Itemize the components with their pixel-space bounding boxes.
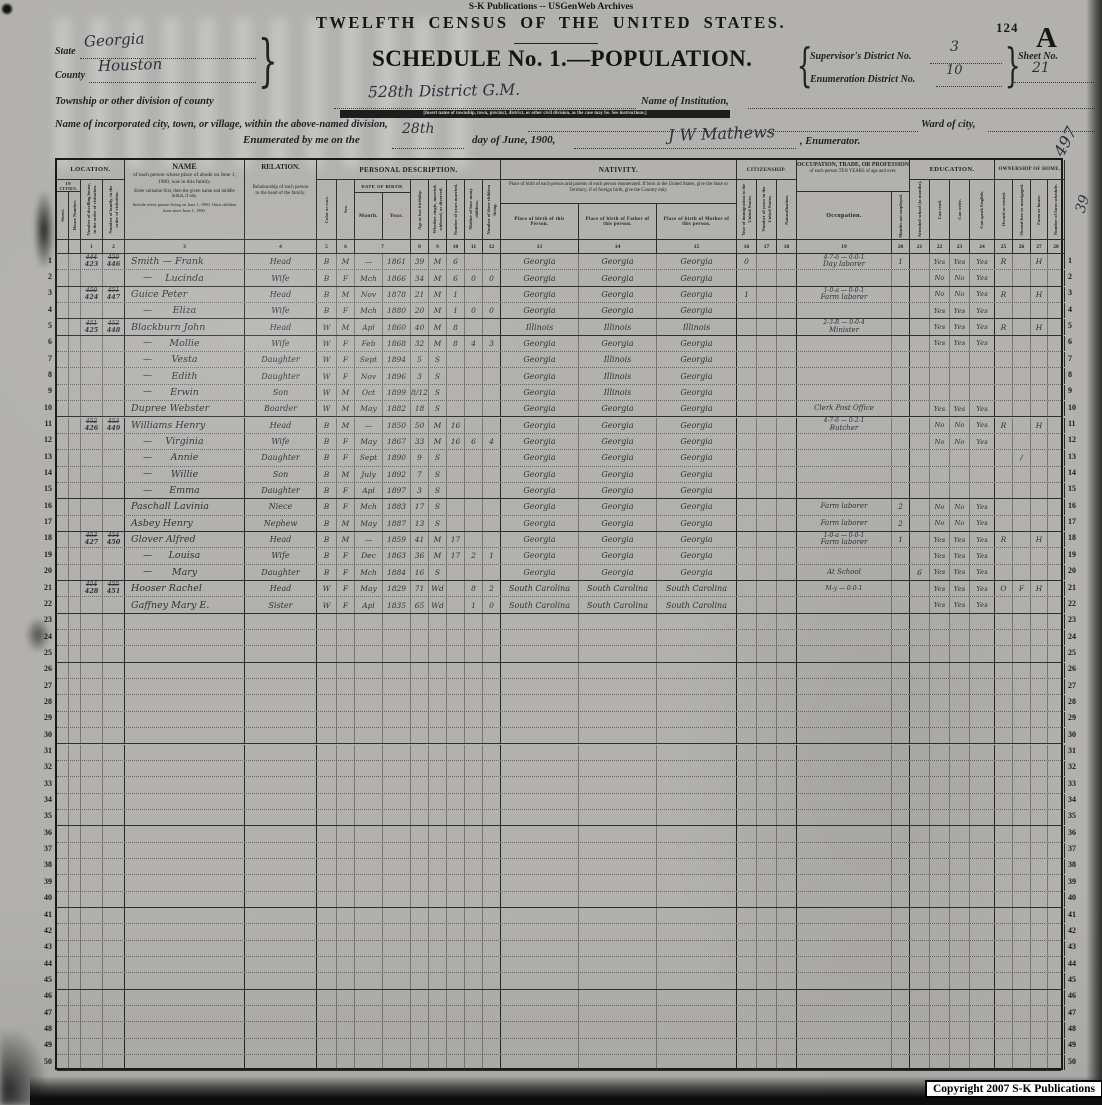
col-label-eng: Can speak English.: [970, 180, 995, 240]
cell-school: [910, 810, 930, 825]
corrected-number: 447: [107, 294, 121, 301]
cell-pob: [501, 957, 579, 972]
cell-street: [57, 401, 69, 416]
cell-read: [930, 614, 950, 629]
cell-imm: [737, 418, 757, 433]
cell-yrsus: [757, 368, 777, 383]
cell-pobm: [657, 859, 737, 874]
cell-fam: [103, 368, 125, 383]
cell-own: [995, 777, 1013, 792]
row-number: 38: [38, 860, 52, 869]
cell-house: [69, 990, 81, 1005]
cell-value: No: [934, 274, 944, 282]
cell-value: M: [434, 421, 442, 430]
cell-value: Georgia: [601, 306, 633, 315]
cell-yrsus: [757, 303, 777, 318]
cell-value: M: [342, 323, 350, 332]
given-name: Willie: [171, 469, 198, 480]
cell-value: Georgia: [680, 388, 712, 397]
cell-read: Yes: [930, 597, 950, 612]
cell-value: Yes: [934, 258, 945, 266]
cell-mortg: [1013, 892, 1031, 907]
table-row: — MaryDaughterBFMch188416SGeorgiaGeorgia…: [57, 565, 1061, 581]
cell-value: W: [323, 388, 331, 397]
cell-year: [383, 646, 411, 661]
cell-own: [995, 434, 1013, 449]
cell-house: [69, 1022, 81, 1037]
cell-living: [483, 254, 501, 269]
cell-imm: [737, 565, 757, 580]
cell-living: [483, 892, 501, 907]
table-row: 452 426 453 449Williams HenryHeadBM—1850…: [57, 418, 1061, 434]
row-number: 39: [38, 877, 52, 886]
cell-imm: [737, 368, 757, 383]
state-value: Georgia: [84, 29, 145, 50]
cell-pobf: Georgia: [579, 483, 657, 498]
cell-sex: [337, 695, 355, 710]
cell-value: 8/12: [411, 388, 428, 397]
cell-value: H: [1036, 290, 1043, 299]
cell-year: [383, 1055, 411, 1070]
county-value: Houston: [98, 55, 163, 75]
cell-mar: S: [429, 499, 447, 514]
cell-pobm: [657, 712, 737, 727]
cell-name: [125, 973, 245, 988]
col-label-text: Naturalization.: [784, 195, 790, 225]
cell-imm: [737, 794, 757, 809]
cell-sched: [1048, 565, 1065, 580]
cell-mortg: [1013, 679, 1031, 694]
cell-own: [995, 810, 1013, 825]
cell-sched: [1048, 270, 1065, 285]
cell-occ: [797, 385, 892, 400]
cell-sex: F: [337, 565, 355, 580]
cell-house: [69, 728, 81, 743]
cell-pobf: Illinois: [579, 368, 657, 383]
cell-occ: [797, 368, 892, 383]
cell-value: 1896: [387, 372, 406, 381]
col-number-street: [57, 240, 69, 254]
cell-name: [125, 859, 245, 874]
cell-write: [950, 467, 970, 482]
cell-value: F: [343, 274, 348, 283]
cell-rel: Daughter: [245, 565, 317, 580]
col-label-text: Can speak English.: [979, 191, 985, 229]
cell-value: 16: [451, 437, 461, 446]
cell-value: South Carolina: [509, 584, 570, 593]
given-name: Louisa: [169, 550, 201, 561]
cell-color: [317, 908, 337, 923]
cell-name: [125, 1022, 245, 1037]
cell-value: M: [434, 274, 442, 283]
cell-school: [910, 826, 930, 841]
col-label-dw: Number of dwelling house, in the order o…: [81, 180, 103, 240]
census-title: TWELFTH CENSUS OF THE UNITED STATES.: [0, 13, 1102, 33]
cell-school: [910, 270, 930, 285]
cell-eng: [970, 1039, 995, 1054]
cell-yrsm: [447, 1006, 465, 1021]
cell-school: [910, 1039, 930, 1054]
cell-dw: [81, 892, 103, 907]
cell-own: [995, 794, 1013, 809]
cell-pobm: [657, 1006, 737, 1021]
cell-read: [930, 843, 950, 858]
cell-mother: 0: [465, 270, 483, 285]
cell-pob: [501, 810, 579, 825]
cell-own: [995, 843, 1013, 858]
cell-sched: [1048, 1055, 1065, 1070]
cell-nat: [777, 941, 797, 956]
cell-value: Wd: [431, 584, 444, 593]
occupation-desc: of each person TEN YEARS of age and over…: [797, 169, 909, 175]
cell-street: [57, 614, 69, 629]
cell-value: B: [324, 274, 330, 283]
cell-imm: 1: [737, 287, 757, 302]
cell-color: [317, 941, 337, 956]
cell-value: 0: [471, 274, 476, 283]
cell-value: 16: [451, 421, 461, 430]
cell-sched: [1048, 548, 1065, 563]
cell-month: —: [355, 254, 383, 269]
cell-school: [910, 418, 930, 433]
table-row: [57, 859, 1061, 875]
cell-house: [69, 434, 81, 449]
given-name: Edith: [172, 371, 198, 382]
enumeration-district-label: Enumeration District No.: [810, 74, 915, 85]
cell-living: [483, 1039, 501, 1054]
cell-mortg: [1013, 728, 1031, 743]
cell-value: Georgia: [601, 470, 633, 479]
cell-fam: [103, 761, 125, 776]
cell-street: [57, 794, 69, 809]
cell-mortg: [1013, 794, 1031, 809]
cell-read: No: [930, 434, 950, 449]
cell-yrsus: [757, 336, 777, 351]
copyright-notice: Copyright 2007 S-K Publications: [925, 1080, 1102, 1098]
cell-year: 1882: [383, 401, 411, 416]
cell-year: [383, 663, 411, 678]
cell-name: [125, 892, 245, 907]
cell-value: Georgia: [523, 551, 555, 560]
cell-imm: [737, 336, 757, 351]
cell-pobm: [657, 924, 737, 939]
cell-yrsus: [757, 875, 777, 890]
cell-dw: 453 427: [81, 532, 103, 547]
cell-mne: 2: [892, 516, 910, 531]
cell-read: Yes: [930, 319, 950, 334]
cell-living: [483, 1022, 501, 1037]
cell-month: Apl: [355, 483, 383, 498]
cell-mortg: [1013, 270, 1031, 285]
cell-eng: [970, 483, 995, 498]
row-number: 45: [1068, 975, 1086, 984]
cell-eng: Yes: [970, 270, 995, 285]
cell-value: 16: [415, 568, 425, 577]
cell-sched: [1048, 826, 1065, 841]
cell-yrsm: [447, 401, 465, 416]
cell-mar: [429, 843, 447, 858]
cell-value: M: [342, 257, 350, 266]
cell-nat: [777, 483, 797, 498]
cell-rel: [245, 859, 317, 874]
cell-occ: [797, 859, 892, 874]
cell-value: 1890: [387, 453, 406, 462]
cell-living: [483, 1055, 501, 1070]
cell-sched: [1048, 630, 1065, 645]
cell-living: [483, 679, 501, 694]
cell-street: [57, 352, 69, 367]
cell-age: [411, 663, 429, 678]
cell-mar: [429, 1006, 447, 1021]
row-number: 10: [1068, 403, 1086, 412]
cell-eng: [970, 614, 995, 629]
group-personal-description: PERSONAL DESCRIPTION.: [317, 160, 501, 180]
cell-read: Yes: [930, 401, 950, 416]
cell-living: [483, 450, 501, 465]
table-row: Gaffney Mary E.SisterWFApl183565Wd10Sout…: [57, 597, 1061, 613]
cell-value: 2: [898, 519, 903, 528]
scan-edge-shadow: [1086, 0, 1102, 1105]
cell-mne: [892, 810, 910, 825]
cell-own: R: [995, 532, 1013, 547]
cell-mother: [465, 630, 483, 645]
col-label-text: Street.: [60, 209, 66, 222]
cell-occ: [797, 597, 892, 612]
cell-month: May: [355, 581, 383, 596]
cell-value: Georgia: [523, 339, 555, 348]
cell-pobf: [579, 728, 657, 743]
cell-value: South Carolina: [587, 584, 648, 593]
cell-sex: [337, 908, 355, 923]
cell-school: [910, 368, 930, 383]
cell-nat: [777, 614, 797, 629]
cell-read: [930, 679, 950, 694]
cell-rel: Daughter: [245, 368, 317, 383]
cell-eng: Yes: [970, 581, 995, 596]
cell-mne: [892, 418, 910, 433]
cell-value: Yes: [954, 323, 965, 331]
cell-color: B: [317, 565, 337, 580]
cell-street: [57, 1055, 69, 1070]
cell-age: [411, 712, 429, 727]
row-number: 27: [38, 681, 52, 690]
row-number: 28: [1068, 697, 1086, 706]
cell-pobm: Georgia: [657, 516, 737, 531]
cell-value: 1883: [387, 502, 406, 511]
cell-value: 32: [415, 339, 425, 348]
cell-house: [69, 663, 81, 678]
cell-eng: [970, 892, 995, 907]
cell-yrsus: [757, 614, 777, 629]
cell-sex: [337, 957, 355, 972]
cell-eng: [970, 679, 995, 694]
cell-value: Georgia: [601, 535, 633, 544]
row-number: 5: [38, 321, 52, 330]
cell-living: [483, 516, 501, 531]
cell-school: [910, 695, 930, 710]
cell-pob: [501, 990, 579, 1005]
ditto-dash: —: [143, 306, 152, 316]
full-name: Smith — Frank: [131, 256, 204, 267]
cell-house: [69, 761, 81, 776]
col-number-yrsm: 10: [447, 240, 465, 254]
cell-color: [317, 1039, 337, 1054]
cell-pob: Georgia: [501, 499, 579, 514]
cell-mar: M: [429, 418, 447, 433]
cell-value: Yes: [934, 307, 945, 315]
col-number-house: [69, 240, 81, 254]
cell-name: Smith — Frank: [125, 254, 245, 269]
cell-own: R: [995, 287, 1013, 302]
cell-mne: [892, 843, 910, 858]
cell-rel: Nephew: [245, 516, 317, 531]
enumerator-signature-line: [574, 147, 796, 149]
cell-month: [355, 924, 383, 939]
cell-mne: [892, 597, 910, 612]
row-number: 15: [38, 484, 52, 493]
cell-mortg: [1013, 532, 1031, 547]
col-label-read: Can read.: [930, 180, 950, 240]
cell-mother: [465, 532, 483, 547]
corrected-number: 451: [107, 588, 121, 595]
cell-mar: S: [429, 368, 447, 383]
cell-fam: 453 449: [103, 418, 125, 433]
cell-dw: [81, 810, 103, 825]
cell-farm: [1031, 777, 1048, 792]
col-label-mother: Mother of how many children.: [465, 180, 483, 240]
cell-month: [355, 973, 383, 988]
cell-eng: [970, 352, 995, 367]
cell-mar: M: [429, 434, 447, 449]
cell-mar: S: [429, 467, 447, 482]
cell-mother: [465, 695, 483, 710]
cell-mortg: [1013, 434, 1031, 449]
col-number-imm: 16: [737, 240, 757, 254]
cell-yrsus: [757, 957, 777, 972]
cell-fam: [103, 1039, 125, 1054]
cell-eng: [970, 450, 995, 465]
full-name: Blackburn John: [131, 322, 205, 333]
cell-pob: Georgia: [501, 516, 579, 531]
cell-living: [483, 843, 501, 858]
cell-eng: [970, 990, 995, 1005]
cell-value: Niece: [269, 502, 293, 511]
row-number: 18: [1068, 533, 1086, 542]
row-number: 50: [1068, 1057, 1086, 1066]
cell-value: Georgia: [601, 404, 633, 413]
cell-mortg: [1013, 467, 1031, 482]
cell-eng: [970, 646, 995, 661]
row-number: 22: [1068, 599, 1086, 608]
cell-yrsus: [757, 352, 777, 367]
cell-value: Georgia: [680, 339, 712, 348]
cell-school: [910, 483, 930, 498]
cell-yrsm: [447, 843, 465, 858]
cell-yrsus: [757, 434, 777, 449]
cell-eng: [970, 794, 995, 809]
full-name: Dupree Webster: [131, 403, 209, 414]
table-row: [57, 908, 1061, 924]
cell-color: [317, 1006, 337, 1021]
cell-color: W: [317, 597, 337, 612]
table-row: — ElizaWifeBFMch188020M100GeorgiaGeorgia…: [57, 303, 1061, 319]
cell-value: 1859: [387, 535, 406, 544]
cell-sex: [337, 630, 355, 645]
cell-sched: [1048, 1006, 1065, 1021]
cell-fam: [103, 875, 125, 890]
enumerated-date-label: day of June, 1900,: [472, 134, 555, 146]
cell-read: [930, 467, 950, 482]
cell-house: [69, 450, 81, 465]
cell-house: [69, 499, 81, 514]
cell-sex: [337, 777, 355, 792]
cell-mne: [892, 319, 910, 334]
cell-pobf: [579, 663, 657, 678]
cell-pobf: Georgia: [579, 565, 657, 580]
cell-own: [995, 1055, 1013, 1070]
supervisor-district-value: 3: [950, 39, 959, 55]
cell-pob: Georgia: [501, 565, 579, 580]
cell-house: [69, 630, 81, 645]
cell-own: [995, 924, 1013, 939]
cell-yrsus: [757, 777, 777, 792]
cell-month: Mch: [355, 565, 383, 580]
cell-pobf: Georgia: [579, 336, 657, 351]
cell-rel: Sister: [245, 597, 317, 612]
cell-month: May: [355, 516, 383, 531]
table-row: [57, 745, 1061, 761]
cell-fam: 452 448: [103, 319, 125, 334]
row-number: 47: [38, 1008, 52, 1017]
cell-farm: [1031, 875, 1048, 890]
cell-mother: [465, 679, 483, 694]
col-number-pobf: 14: [579, 240, 657, 254]
cell-sched: [1048, 1022, 1065, 1037]
cell-nat: [777, 319, 797, 334]
cell-value: H: [1036, 584, 1043, 593]
cell-value: Georgia: [601, 568, 633, 577]
cell-living: [483, 1006, 501, 1021]
cell-mne: [892, 1006, 910, 1021]
township-value: 528th District G.M.: [368, 81, 520, 102]
col-label-pobm: Place of birth of Mother of this person.: [657, 204, 737, 240]
cell-dw: [81, 679, 103, 694]
cell-own: [995, 1039, 1013, 1054]
cell-value: Daughter: [261, 372, 299, 381]
cell-school: [910, 875, 930, 890]
cell-own: [995, 270, 1013, 285]
cell-pob: [501, 728, 579, 743]
cell-value: Georgia: [523, 372, 555, 381]
supervisor-district-label: Supervisor's District No.: [810, 51, 911, 62]
cell-value: No: [934, 421, 944, 429]
cell-name: [125, 1055, 245, 1070]
cell-value: Yes: [976, 536, 987, 544]
cell-house: [69, 957, 81, 972]
cell-month: [355, 646, 383, 661]
cell-year: 1850: [383, 418, 411, 433]
cell-farm: [1031, 614, 1048, 629]
cell-own: [995, 1006, 1013, 1021]
cell-mortg: [1013, 565, 1031, 580]
cell-mortg: [1013, 401, 1031, 416]
cell-eng: [970, 859, 995, 874]
cell-mortg: [1013, 1039, 1031, 1054]
cell-rel: [245, 761, 317, 776]
row-number: 45: [38, 975, 52, 984]
cell-value: R: [1001, 421, 1007, 430]
cell-value: 1897: [387, 486, 406, 495]
